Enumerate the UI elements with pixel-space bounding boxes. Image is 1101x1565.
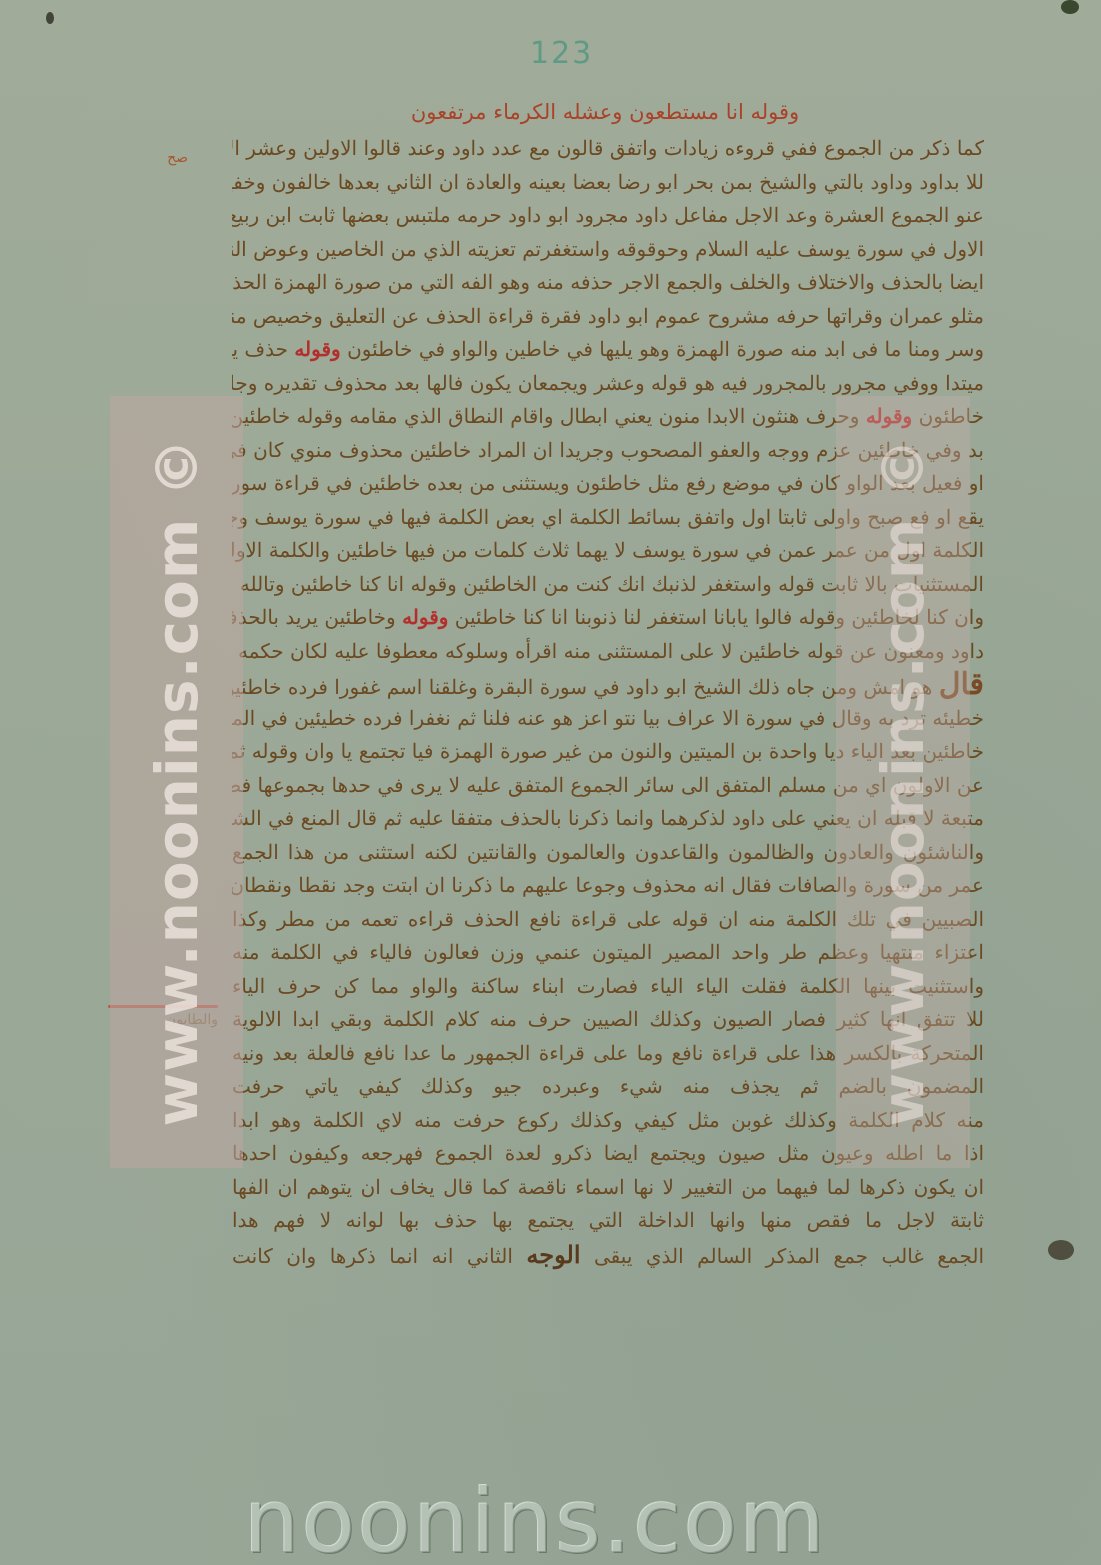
rubric-word: الوجه: [526, 1240, 580, 1269]
line-text: ميتدا ووفي مجرور بالمجرور فيه هو قوله وع…: [232, 371, 984, 395]
footer-watermark: noonins.com: [244, 1470, 827, 1565]
line-text: ثابتة لاجل ما فقص منها وانها الداخلة الت…: [232, 1208, 984, 1232]
manuscript-line: كما ذكر من الجموع ففي قروءه زيادات واتفق…: [232, 132, 984, 166]
ink-stain: [46, 12, 54, 24]
watermark-text-right: www.noonins.com ©: [869, 438, 937, 1127]
rubric-word: وقوله: [294, 337, 340, 361]
line-text-tail: حذف يجمعان ربكون: [232, 337, 288, 361]
watermark-band-right: www.noonins.com ©: [836, 396, 970, 1168]
ink-stain: [1061, 0, 1079, 14]
line-text-tail: وحرف هنثون الابدا منون يعني ابطال واقام …: [232, 404, 859, 428]
line-text: ايضا بالحذف والاختلاف والخلف والجمع الاج…: [232, 270, 984, 294]
manuscript-line: الجمع غالب جمع المذكر السالم الذي يبقى ا…: [232, 1238, 984, 1272]
line-text: الجمع غالب جمع المذكر السالم الذي يبقى: [594, 1244, 984, 1268]
line-text: هو امش ومن جاه ذلك الشيخ ابو داود في سور…: [232, 675, 932, 699]
manuscript-line: للا بداود وداود بالتي والشيخ بمن بحر ابو…: [232, 166, 984, 200]
rubric-word: وقوله: [402, 605, 448, 629]
line-text: عنو الجموع العشرة وعد الاجل مفاعل داود م…: [232, 203, 984, 227]
manuscript-line: ايضا بالحذف والاختلاف والخلف والجمع الاج…: [232, 266, 984, 300]
folio-number: 123: [530, 36, 593, 71]
line-text: مثلو عمران وقراتها حرفه مشروح عموم ابو د…: [232, 304, 984, 328]
watermark-band-left: www.noonins.com ©: [110, 396, 243, 1168]
chapter-heading: وقوله انا مستطعون وعشله الكرماء مرتفعون: [250, 100, 960, 124]
manuscript-line: ثابتة لاجل ما فقص منها وانها الداخلة الت…: [232, 1204, 984, 1238]
watermark-text-left: www.noonins.com ©: [143, 438, 211, 1127]
ink-stain: [1048, 1240, 1074, 1260]
manuscript-line: عنو الجموع العشرة وعد الاجل مفاعل داود م…: [232, 199, 984, 233]
line-text: للا بداود وداود بالتي والشيخ بمن بحر ابو…: [232, 170, 984, 194]
line-text-tail: الثاني انه انما ذكرها وان كانت: [232, 1244, 513, 1268]
manuscript-line: ميتدا ووفي مجرور بالمجرور فيه هو قوله وع…: [232, 367, 984, 401]
manuscript-line: وسر ومنا ما فى ابد منه صورة الهمزة وهو ي…: [232, 333, 984, 367]
line-text: ان يكون ذكرها لما فيهما من التغيير لا نه…: [232, 1175, 984, 1199]
manuscript-line: الاول في سورة يوسف عليه السلام وحوقوقه و…: [232, 233, 984, 267]
manuscript-line: مثلو عمران وقراتها حرفه مشروح عموم ابو د…: [232, 300, 984, 334]
line-text-tail: وخاطئين يريد بالحذف والا: [232, 605, 396, 629]
line-text: كما ذكر من الجموع ففي قروءه زيادات واتفق…: [232, 136, 984, 160]
line-text: الاول في سورة يوسف عليه السلام وحوقوقه و…: [232, 237, 984, 261]
line-text: وسر ومنا ما فى ابد منه صورة الهمزة وهو ي…: [347, 337, 984, 361]
margin-note-top: صح: [108, 150, 188, 166]
manuscript-line: ان يكون ذكرها لما فيهما من التغيير لا نه…: [232, 1171, 984, 1205]
